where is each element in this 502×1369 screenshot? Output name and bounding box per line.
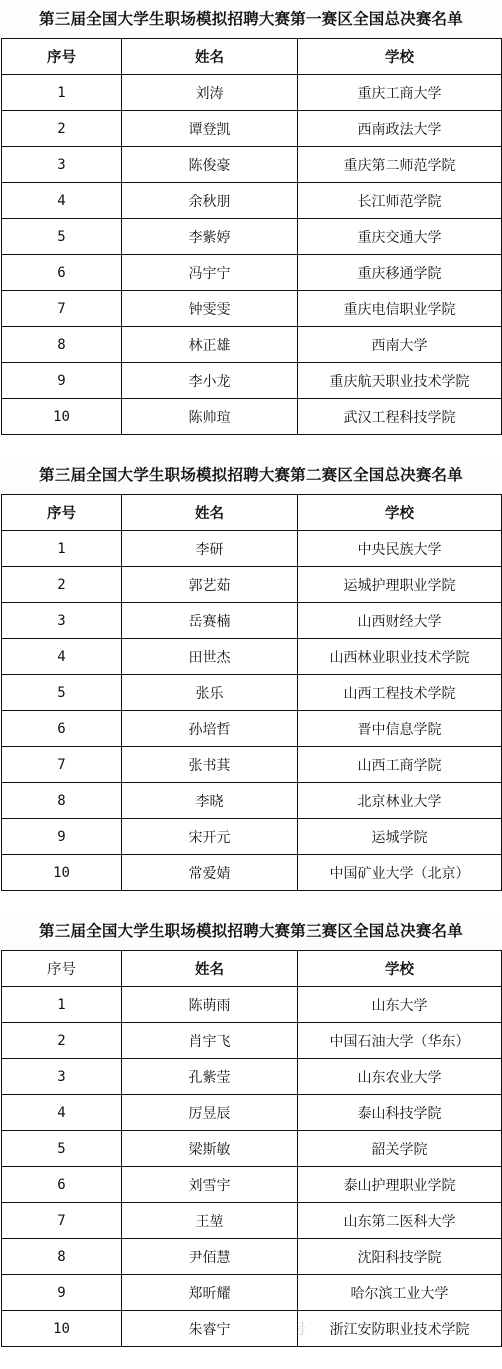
table-row: 9李小龙重庆航天职业技术学院 [2, 363, 502, 399]
participant-name: 刘涛 [122, 75, 298, 111]
row-index: 5 [2, 219, 122, 255]
table-row: 5梁斯敏韶关学院 [2, 1131, 502, 1167]
participant-name: 陈俊豪 [122, 147, 298, 183]
school-name: 晋中信息学院 [298, 711, 502, 747]
column-header-name: 姓名 [122, 39, 298, 75]
column-header-index: 序号 [2, 951, 122, 987]
watermark: 公众号 [298, 1319, 307, 1339]
table-row: 6刘雪宇泰山护理职业学院 [2, 1167, 502, 1203]
participant-name: 常爱婧 [122, 855, 298, 891]
participant-name: 李小龙 [122, 363, 298, 399]
header-row: 序号姓名学校 [2, 495, 502, 531]
row-index: 1 [2, 531, 122, 567]
row-index: 8 [2, 783, 122, 819]
row-index: 8 [2, 1239, 122, 1275]
school-name: 山东农业大学 [298, 1059, 502, 1095]
school-name: 西南大学 [298, 327, 502, 363]
school-name: 北京林业大学 [298, 783, 502, 819]
roster-section-1: 第三届全国大学生职场模拟招聘大赛第一赛区全国总决赛名单序号姓名学校1刘涛重庆工商… [0, 0, 502, 456]
school-name: 重庆电信职业学院 [298, 291, 502, 327]
row-index: 9 [2, 1275, 122, 1311]
row-index: 6 [2, 255, 122, 291]
row-index: 2 [2, 111, 122, 147]
row-index: 2 [2, 1023, 122, 1059]
table-row: 2肖宇飞中国石油大学（华东） [2, 1023, 502, 1059]
column-header-index: 序号 [2, 39, 122, 75]
participant-name: 李研 [122, 531, 298, 567]
school-name: 重庆工商大学 [298, 75, 502, 111]
table-row: 9郑昕耀哈尔滨工业大学 [2, 1275, 502, 1311]
school-name: 重庆交通大学 [298, 219, 502, 255]
school-name: 浙江安防职业技术学院公众号 [298, 1311, 502, 1347]
section-title: 第三届全国大学生职场模拟招聘大赛第三赛区全国总决赛名单 [0, 912, 502, 950]
table-row: 2谭登凯西南政法大学 [2, 111, 502, 147]
row-index: 6 [2, 1167, 122, 1203]
row-index: 4 [2, 1095, 122, 1131]
table-row: 7张书萁山西工商学院 [2, 747, 502, 783]
school-name: 哈尔滨工业大学 [298, 1275, 502, 1311]
row-index: 9 [2, 819, 122, 855]
table-row: 4余秋朋长江师范学院 [2, 183, 502, 219]
column-header-school: 学校 [298, 951, 502, 987]
row-index: 6 [2, 711, 122, 747]
table-row: 7王堃山东第二医科大学 [2, 1203, 502, 1239]
participant-name: 张书萁 [122, 747, 298, 783]
section-title: 第三届全国大学生职场模拟招聘大赛第一赛区全国总决赛名单 [0, 0, 502, 38]
school-name: 运城护理职业学院 [298, 567, 502, 603]
participant-name: 李紫婷 [122, 219, 298, 255]
table-row: 1陈萌雨山东大学 [2, 987, 502, 1023]
roster-table: 序号姓名学校1刘涛重庆工商大学2谭登凯西南政法大学3陈俊豪重庆第二师范学院4余秋… [1, 38, 502, 435]
column-header-name: 姓名 [122, 951, 298, 987]
header-row: 序号姓名学校 [2, 39, 502, 75]
school-name: 重庆航天职业技术学院 [298, 363, 502, 399]
participant-name: 谭登凯 [122, 111, 298, 147]
row-index: 3 [2, 147, 122, 183]
row-index: 4 [2, 183, 122, 219]
column-header-school: 学校 [298, 495, 502, 531]
table-row: 3陈俊豪重庆第二师范学院 [2, 147, 502, 183]
row-index: 7 [2, 291, 122, 327]
school-name: 山西工程技术学院 [298, 675, 502, 711]
row-index: 4 [2, 639, 122, 675]
school-name: 武汉工程科技学院 [298, 399, 502, 435]
table-row: 8尹佰慧沈阳科技学院 [2, 1239, 502, 1275]
table-row: 2郭艺茹运城护理职业学院 [2, 567, 502, 603]
roster-document: 第三届全国大学生职场模拟招聘大赛第一赛区全国总决赛名单序号姓名学校1刘涛重庆工商… [0, 0, 502, 1368]
school-name: 韶关学院 [298, 1131, 502, 1167]
roster-section-3: 第三届全国大学生职场模拟招聘大赛第三赛区全国总决赛名单序号姓名学校1陈萌雨山东大… [0, 912, 502, 1368]
participant-name: 岳赛楠 [122, 603, 298, 639]
row-index: 1 [2, 75, 122, 111]
school-name: 沈阳科技学院 [298, 1239, 502, 1275]
table-row: 3孔紫莹山东农业大学 [2, 1059, 502, 1095]
table-row: 9宋开元运城学院 [2, 819, 502, 855]
row-index: 3 [2, 1059, 122, 1095]
row-index: 7 [2, 747, 122, 783]
table-row: 4厉昱辰泰山科技学院 [2, 1095, 502, 1131]
school-name: 泰山护理职业学院 [298, 1167, 502, 1203]
row-index: 10 [2, 1311, 122, 1347]
school-name: 山西工商学院 [298, 747, 502, 783]
row-index: 8 [2, 327, 122, 363]
participant-name: 冯宇宁 [122, 255, 298, 291]
row-index: 10 [2, 399, 122, 435]
participant-name: 陈萌雨 [122, 987, 298, 1023]
participant-name: 余秋朋 [122, 183, 298, 219]
participant-name: 王堃 [122, 1203, 298, 1239]
participant-name: 陈帅瑄 [122, 399, 298, 435]
table-row: 10陈帅瑄武汉工程科技学院 [2, 399, 502, 435]
participant-name: 李晓 [122, 783, 298, 819]
school-name: 山东第二医科大学 [298, 1203, 502, 1239]
table-row: 10常爱婧中国矿业大学（北京） [2, 855, 502, 891]
row-index: 2 [2, 567, 122, 603]
school-name: 长江师范学院 [298, 183, 502, 219]
table-row: 1刘涛重庆工商大学 [2, 75, 502, 111]
row-index: 5 [2, 675, 122, 711]
school-name-text: 浙江安防职业技术学院 [330, 1322, 470, 1338]
school-name: 运城学院 [298, 819, 502, 855]
row-index: 7 [2, 1203, 122, 1239]
table-row: 5李紫婷重庆交通大学 [2, 219, 502, 255]
table-row: 6冯宇宁重庆移通学院 [2, 255, 502, 291]
roster-table: 序号姓名学校1李研中央民族大学2郭艺茹运城护理职业学院3岳赛楠山西财经大学4田世… [1, 494, 502, 891]
school-name: 西南政法大学 [298, 111, 502, 147]
participant-name: 宋开元 [122, 819, 298, 855]
participant-name: 田世杰 [122, 639, 298, 675]
participant-name: 朱睿宁 [122, 1311, 298, 1347]
school-name: 中国矿业大学（北京） [298, 855, 502, 891]
column-header-school: 学校 [298, 39, 502, 75]
table-row: 6孙培哲晋中信息学院 [2, 711, 502, 747]
table-row: 8林正雄西南大学 [2, 327, 502, 363]
participant-name: 钟雯雯 [122, 291, 298, 327]
school-name: 中国石油大学（华东） [298, 1023, 502, 1059]
row-index: 3 [2, 603, 122, 639]
table-row: 3岳赛楠山西财经大学 [2, 603, 502, 639]
table-row: 4田世杰山西林业职业技术学院 [2, 639, 502, 675]
participant-name: 孙培哲 [122, 711, 298, 747]
table-row: 8李晓北京林业大学 [2, 783, 502, 819]
participant-name: 尹佰慧 [122, 1239, 298, 1275]
watermark-text: 公众号 [298, 1322, 307, 1338]
table-row: 10朱睿宁浙江安防职业技术学院公众号 [2, 1311, 502, 1347]
table-row: 5张乐山西工程技术学院 [2, 675, 502, 711]
participant-name: 刘雪宇 [122, 1167, 298, 1203]
participant-name: 郑昕耀 [122, 1275, 298, 1311]
school-name: 中央民族大学 [298, 531, 502, 567]
school-name: 重庆第二师范学院 [298, 147, 502, 183]
school-name: 山东大学 [298, 987, 502, 1023]
school-name: 重庆移通学院 [298, 255, 502, 291]
school-name: 泰山科技学院 [298, 1095, 502, 1131]
participant-name: 孔紫莹 [122, 1059, 298, 1095]
school-name: 山西财经大学 [298, 603, 502, 639]
row-index: 9 [2, 363, 122, 399]
roster-section-2: 第三届全国大学生职场模拟招聘大赛第二赛区全国总决赛名单序号姓名学校1李研中央民族… [0, 456, 502, 912]
participant-name: 郭艺茹 [122, 567, 298, 603]
participant-name: 肖宇飞 [122, 1023, 298, 1059]
section-title: 第三届全国大学生职场模拟招聘大赛第二赛区全国总决赛名单 [0, 456, 502, 494]
participant-name: 林正雄 [122, 327, 298, 363]
participant-name: 梁斯敏 [122, 1131, 298, 1167]
roster-table: 序号姓名学校1陈萌雨山东大学2肖宇飞中国石油大学（华东）3孔紫莹山东农业大学4厉… [1, 950, 502, 1347]
participant-name: 张乐 [122, 675, 298, 711]
column-header-name: 姓名 [122, 495, 298, 531]
table-row: 7钟雯雯重庆电信职业学院 [2, 291, 502, 327]
row-index: 10 [2, 855, 122, 891]
school-name: 山西林业职业技术学院 [298, 639, 502, 675]
column-header-index: 序号 [2, 495, 122, 531]
participant-name: 厉昱辰 [122, 1095, 298, 1131]
table-row: 1李研中央民族大学 [2, 531, 502, 567]
row-index: 1 [2, 987, 122, 1023]
header-row: 序号姓名学校 [2, 951, 502, 987]
row-index: 5 [2, 1131, 122, 1167]
